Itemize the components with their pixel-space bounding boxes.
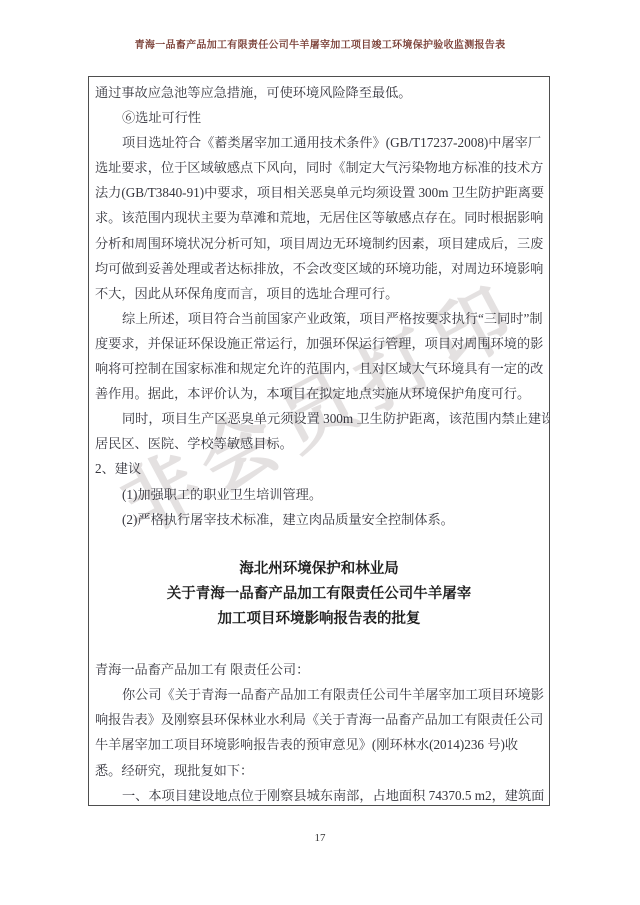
document-page: 青海一品畜产品加工有限责任公司牛羊屠宰加工项目竣工环境保护验收监测报告表 非会员… <box>0 0 640 905</box>
text-line: 关于青海一品畜产品加工有限责任公司牛羊屠宰 <box>95 582 543 607</box>
text-line: 项目选址符合《蓄类屠宰加工通用技术条件》(GB/T17237-2008)中屠宰厂 <box>95 130 543 155</box>
text-line: 选址要求，位于区域敏感点下风向，同时《制定大气污染物地方标准的技术方 <box>95 155 543 180</box>
text-line: 分析和周围环境状况分析可知，项目周边无环境制约因素，项目建成后，三废 <box>95 231 543 256</box>
text-line: 牛羊屠宰加工项目环境影响报告表的预审意见》(刚环林水(2014)236 号)收 <box>95 732 543 757</box>
text-line: 2、建议 <box>95 456 543 481</box>
text-line: 你公司《关于青海一品畜产品加工有限责任公司牛羊屠宰加工项目环境影 <box>95 682 543 707</box>
text-line: 求。该范围内现状主要为草滩和荒地，无居住区等敏感点存在。同时根据影响 <box>95 205 543 230</box>
text-line: 响报告表》及刚察县环保林业水利局《关于青海一品畜产品加工有限责任公司 <box>95 707 543 732</box>
text-line <box>95 532 543 557</box>
text-line: 通过事故应急池等应急措施，可使环境风险降至最低。 <box>95 80 543 105</box>
text-line: (1)加强职工的职业卫生培训管理。 <box>95 482 543 507</box>
text-line: 不大，因此从环保角度而言，项目的选址合理可行。 <box>95 281 543 306</box>
text-line: 均可做到妥善处理或者达标排放，不会改变区域的环境功能，对周边环境影响 <box>95 256 543 281</box>
page-header-title: 青海一品畜产品加工有限责任公司牛羊屠宰加工项目竣工环境保护验收监测报告表 <box>0 36 640 51</box>
text-line: 海北州环境保护和林业局 <box>95 557 543 582</box>
text-line: 综上所述，项目符合当前国家产业政策，项目严格按要求执行“三同时”制 <box>95 306 543 331</box>
page-number: 17 <box>0 832 640 844</box>
text-line: ⑥选址可行性 <box>95 105 543 130</box>
text-line: 法力(GB/T3840-91)中要求，项目相关恶臭单元均须设置 300m 卫生防… <box>95 180 543 205</box>
report-table-cell: 通过事故应急池等应急措施，可使环境风险降至最低。⑥选址可行性项目选址符合《蓄类屠… <box>88 76 550 806</box>
text-line: 度要求，并保证环保设施正常运行，加强环保运行管理，项目对周围环境的影 <box>95 331 543 356</box>
text-line: 青海一品畜产品加工有 限责任公司： <box>95 657 543 682</box>
text-line: 善作用。据此，本评价认为，本项目在拟定地点实施从环境保护角度可行。 <box>95 381 543 406</box>
text-line: 同时，项目生产区恶臭单元须设置 300m 卫生防护距离，该范围内禁止建设 <box>95 406 543 431</box>
text-line: (2)严格执行屠宰技术标准，建立肉品质量安全控制体系。 <box>95 507 543 532</box>
document-lines: 通过事故应急池等应急措施，可使环境风险降至最低。⑥选址可行性项目选址符合《蓄类屠… <box>95 80 543 806</box>
text-line: 悉。经研究，现批复如下： <box>95 758 543 783</box>
text-line: 居民区、医院、学校等敏感目标。 <box>95 431 543 456</box>
text-line <box>95 632 543 657</box>
text-line: 加工项目环境影响报告表的批复 <box>95 607 543 632</box>
text-line: 响将可控制在国家标准和规定允许的范围内，且对区域大气环境具有一定的改 <box>95 356 543 381</box>
text-line: 一、本项目建设地点位于刚察县城东南部，占地面积 74370.5 m2，建筑面 <box>95 783 543 806</box>
